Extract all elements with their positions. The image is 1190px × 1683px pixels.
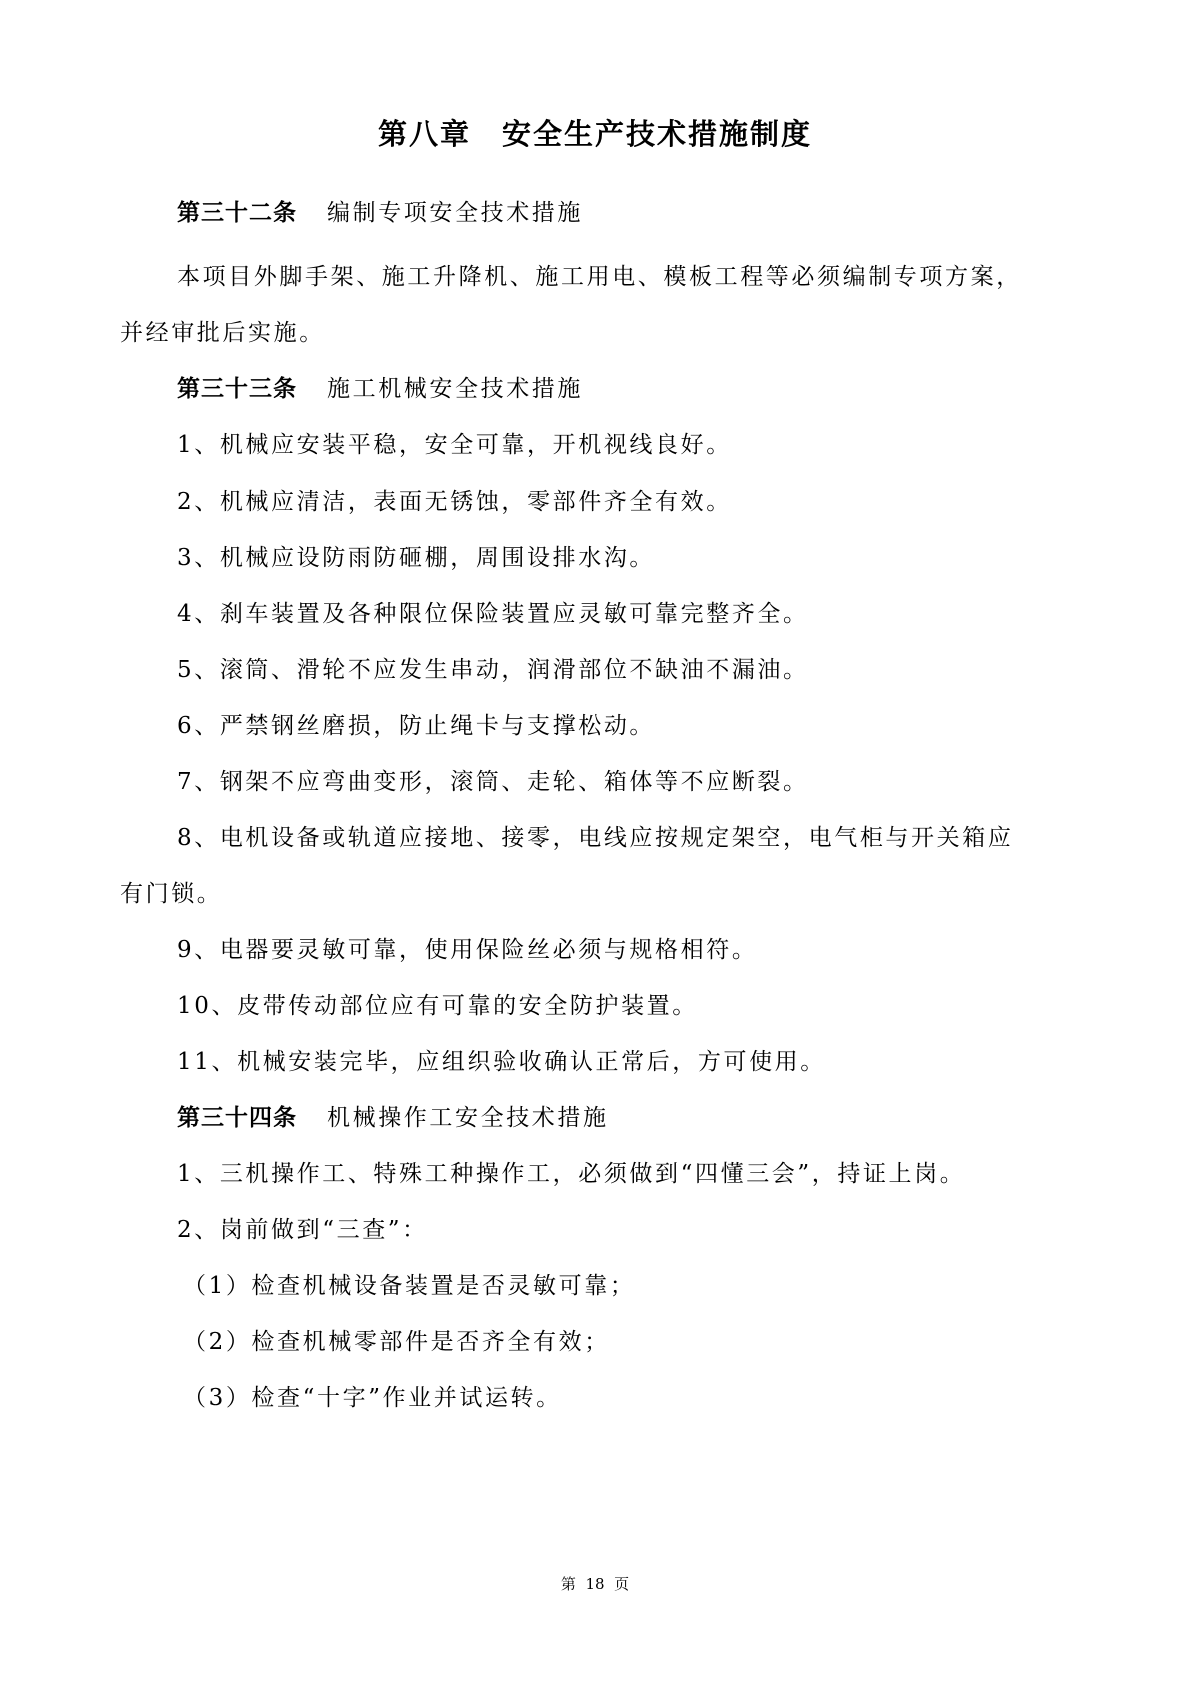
sub-list-item: （1）检查机械设备装置是否灵敏可靠； — [183, 1271, 635, 1301]
list-item: 5、滚筒、滑轮不应发生串动，润滑部位不缺油不漏油。 — [177, 655, 809, 685]
sub-list-item: （3）检查“十字”作业并试运转。 — [183, 1383, 562, 1413]
list-item: 1、三机操作工、特殊工种操作工，必须做到“四懂三会”，持证上岗。 — [177, 1159, 965, 1189]
article-number: 第三十四条 — [177, 1104, 297, 1131]
article-title: 施工机械安全技术措施 — [327, 376, 583, 402]
list-item: 6、严禁钢丝磨损，防止绳卡与支撑松动。 — [177, 711, 655, 741]
list-item: 1、机械应安装平稳，安全可靠，开机视线良好。 — [177, 430, 732, 460]
list-item: 7、钢架不应弯曲变形，滚筒、走轮、箱体等不应断裂。 — [177, 767, 809, 797]
article-32-heading: 第三十二条编制专项安全技术措施 — [177, 198, 583, 228]
article-number: 第三十三条 — [177, 375, 297, 402]
article-33-heading: 第三十三条施工机械安全技术措施 — [177, 374, 583, 404]
list-item: 11、机械安装完毕，应组织验收确认正常后，方可使用。 — [177, 1047, 826, 1077]
list-item: 8、电机设备或轨道应接地、接零，电线应按规定架空，电气柜与开关箱应 — [177, 823, 1013, 853]
list-item: 4、刹车装置及各种限位保险装置应灵敏可靠完整齐全。 — [177, 599, 809, 629]
list-item: 3、机械应设防雨防砸棚，周围设排水沟。 — [177, 543, 655, 573]
list-item: 9、电器要灵敏可靠，使用保险丝必须与规格相符。 — [177, 935, 757, 965]
list-item-continuation: 有门锁。 — [120, 879, 222, 909]
paragraph-line: 并经审批后实施。 — [120, 318, 325, 348]
article-34-heading: 第三十四条机械操作工安全技术措施 — [177, 1103, 609, 1133]
article-title: 编制专项安全技术措施 — [327, 200, 583, 226]
page-number: 第 18 页 — [0, 1573, 1190, 1594]
paragraph-line: 本项目外脚手架、施工升降机、施工用电、模板工程等必须编制专项方案， — [177, 262, 1022, 292]
document-page: 第八章 安全生产技术措施制度 第三十二条编制专项安全技术措施 本项目外脚手架、施… — [0, 0, 1190, 1683]
list-item: 2、岗前做到“三查”： — [177, 1215, 428, 1245]
list-item: 2、机械应清洁，表面无锈蚀，零部件齐全有效。 — [177, 487, 732, 517]
article-number: 第三十二条 — [177, 199, 297, 226]
list-item: 10、皮带传动部位应有可靠的安全防护装置。 — [177, 991, 698, 1021]
article-title: 机械操作工安全技术措施 — [327, 1105, 609, 1131]
chapter-title: 第八章 安全生产技术措施制度 — [0, 112, 1190, 153]
sub-list-item: （2）检查机械零部件是否齐全有效； — [183, 1327, 610, 1357]
